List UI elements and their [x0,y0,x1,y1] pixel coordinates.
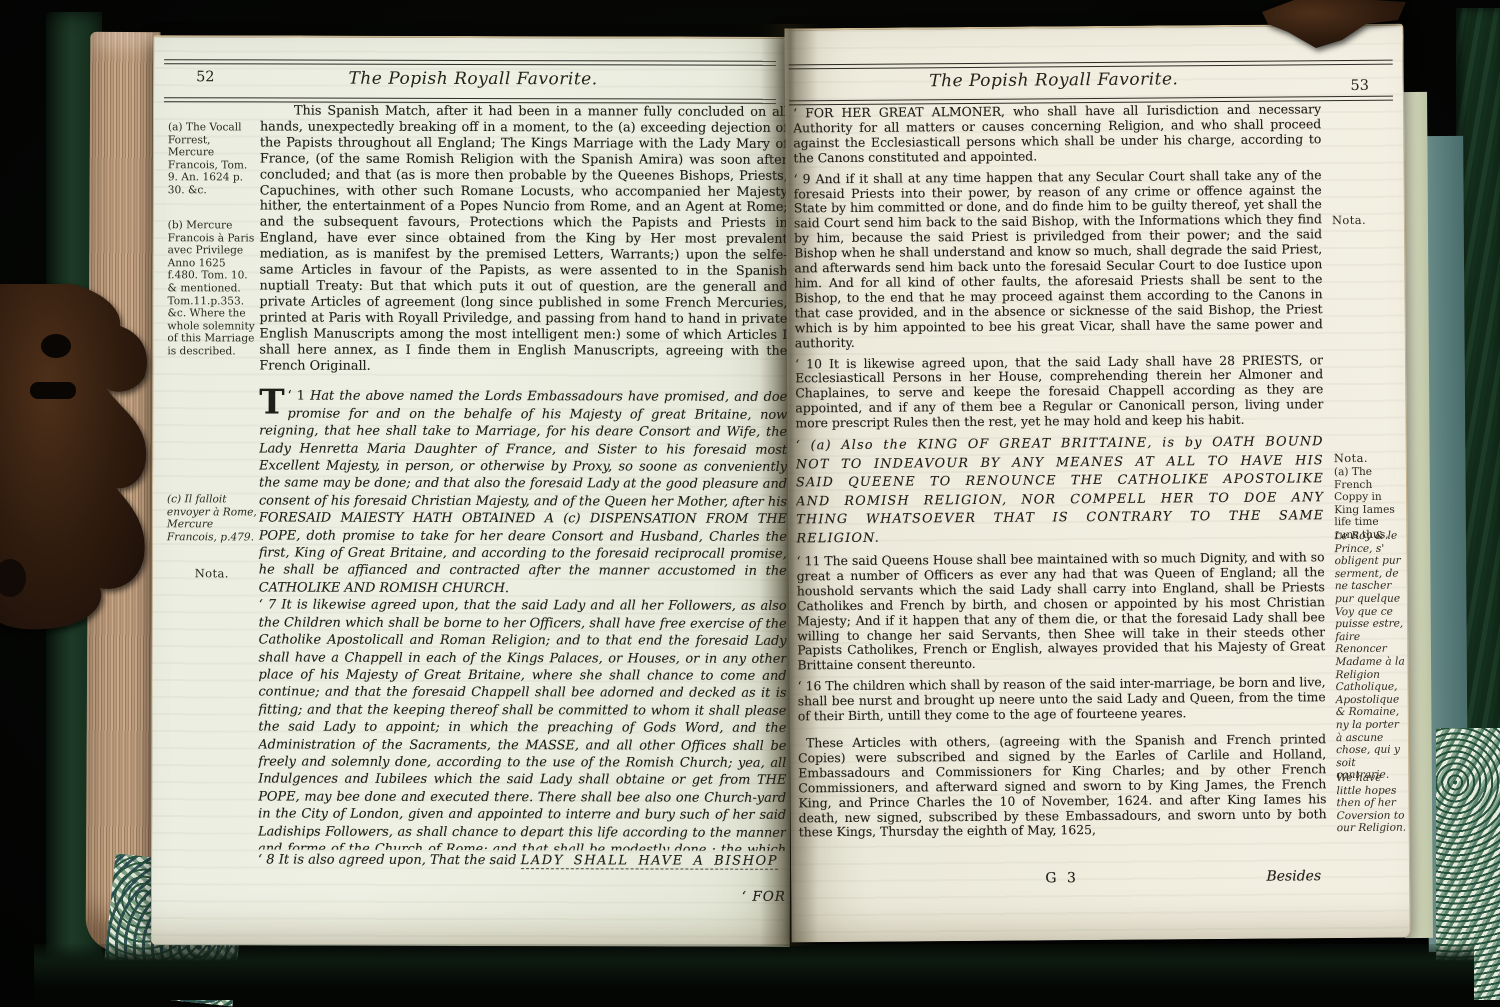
margin-note-a: (a) The Vocall Forrest, Mercure Francois… [168,121,258,197]
metal-clasp-top-right [1258,0,1408,52]
signature-mark: G 3 [797,868,1327,888]
running-head-left: The Popish Royall Favorite. [154,68,792,90]
closing-paragraph: These Articles with others, (agreeing wi… [798,732,1327,840]
clasp-left-hole-1 [41,334,71,358]
almoner-paragraph: ‘ FOR HER GREAT ALMONER, who shall have … [793,102,1321,166]
article-16-paragraph: ‘ 16 The children which shall by reason … [798,675,1326,724]
nota-left: Nota. [167,567,257,580]
running-head-right: The Popish Royall Favorite. [745,68,1363,93]
left-margin-column: (a) The Vocall Forrest, Mercure Francois… [166,117,258,897]
header-rule-top-left [164,59,776,66]
catchword-right: Besides [1266,868,1321,884]
article-8-caps-phrase: LADY SHALL HAVE A BISHOP [521,853,779,870]
margin-note-c: (c) Il falloit envoyer à Rome, Mercure F… [167,493,257,544]
photo-scene: 52 The Popish Royall Favorite. (a) The V… [0,0,1500,1000]
article-11-paragraph: ‘ 11 The said Queens House shall bee mai… [797,550,1326,673]
article-10-paragraph: ‘ 10 It is likewise agreed upon, that th… [795,353,1324,432]
catchword-left: ‘ FOR [258,887,786,904]
article-1-paragraph: T‘ 1 Hat the above named the Lords Embas… [259,388,788,598]
article-1-text: Hat the above named the Lords Embassadou… [259,389,788,596]
gutter-shadow [760,24,818,946]
signature-line: G 3 Besides [797,868,1327,872]
intro-paragraph: This Spanish Match, after it had been in… [259,103,788,375]
left-page: 52 The Popish Royall Favorite. (a) The V… [151,35,792,947]
nota-right-1: Nota. [1332,214,1402,227]
header-rule-bottom-left [164,97,776,104]
margin-note-conversion: We have little hopes then of her Coversi… [1336,772,1406,836]
article-1-number: ‘ 1 [288,389,311,404]
margin-note-b: (b) Mercure Francois à Paris avec Privil… [167,219,257,358]
nota-right-2: Nota. [1334,452,1404,465]
metal-clasp-left [0,282,164,634]
left-text-column: This Spanish Match, after it had been in… [258,103,788,850]
right-text-column: ‘ FOR HER GREAT ALMONER, who shall have … [793,102,1327,864]
oath-caps-paragraph: ‘ (a) Also the KING OF GREAT BRITTAINE, … [796,433,1325,548]
article-8-text: ‘ 8 It is also agreed upon, That the sai… [258,852,521,868]
drop-cap-T: T [259,388,287,418]
article-8-paragraph: ‘ 8 It is also agreed upon, That the sai… [258,851,786,870]
article-9-paragraph: ‘ 9 And if it shall at any time happen t… [794,168,1323,351]
right-margin-column: Nota. Nota. (a) The French Coppy in King… [1332,204,1407,885]
clasp-left-hole-2 [30,382,76,399]
page-number-right: 53 [1350,78,1369,94]
clasp-top-right-body [1262,0,1406,48]
right-page: The Popish Royall Favorite. 53 ‘ FOR HER… [784,24,1410,943]
article-7-paragraph: ‘ 7 It is likewise agreed upon, that the… [258,597,787,851]
book-bottom-cover [34,944,1474,1000]
margin-note-french-quote: Le Roy & le Prince, s' obligent pur serm… [1334,530,1406,782]
